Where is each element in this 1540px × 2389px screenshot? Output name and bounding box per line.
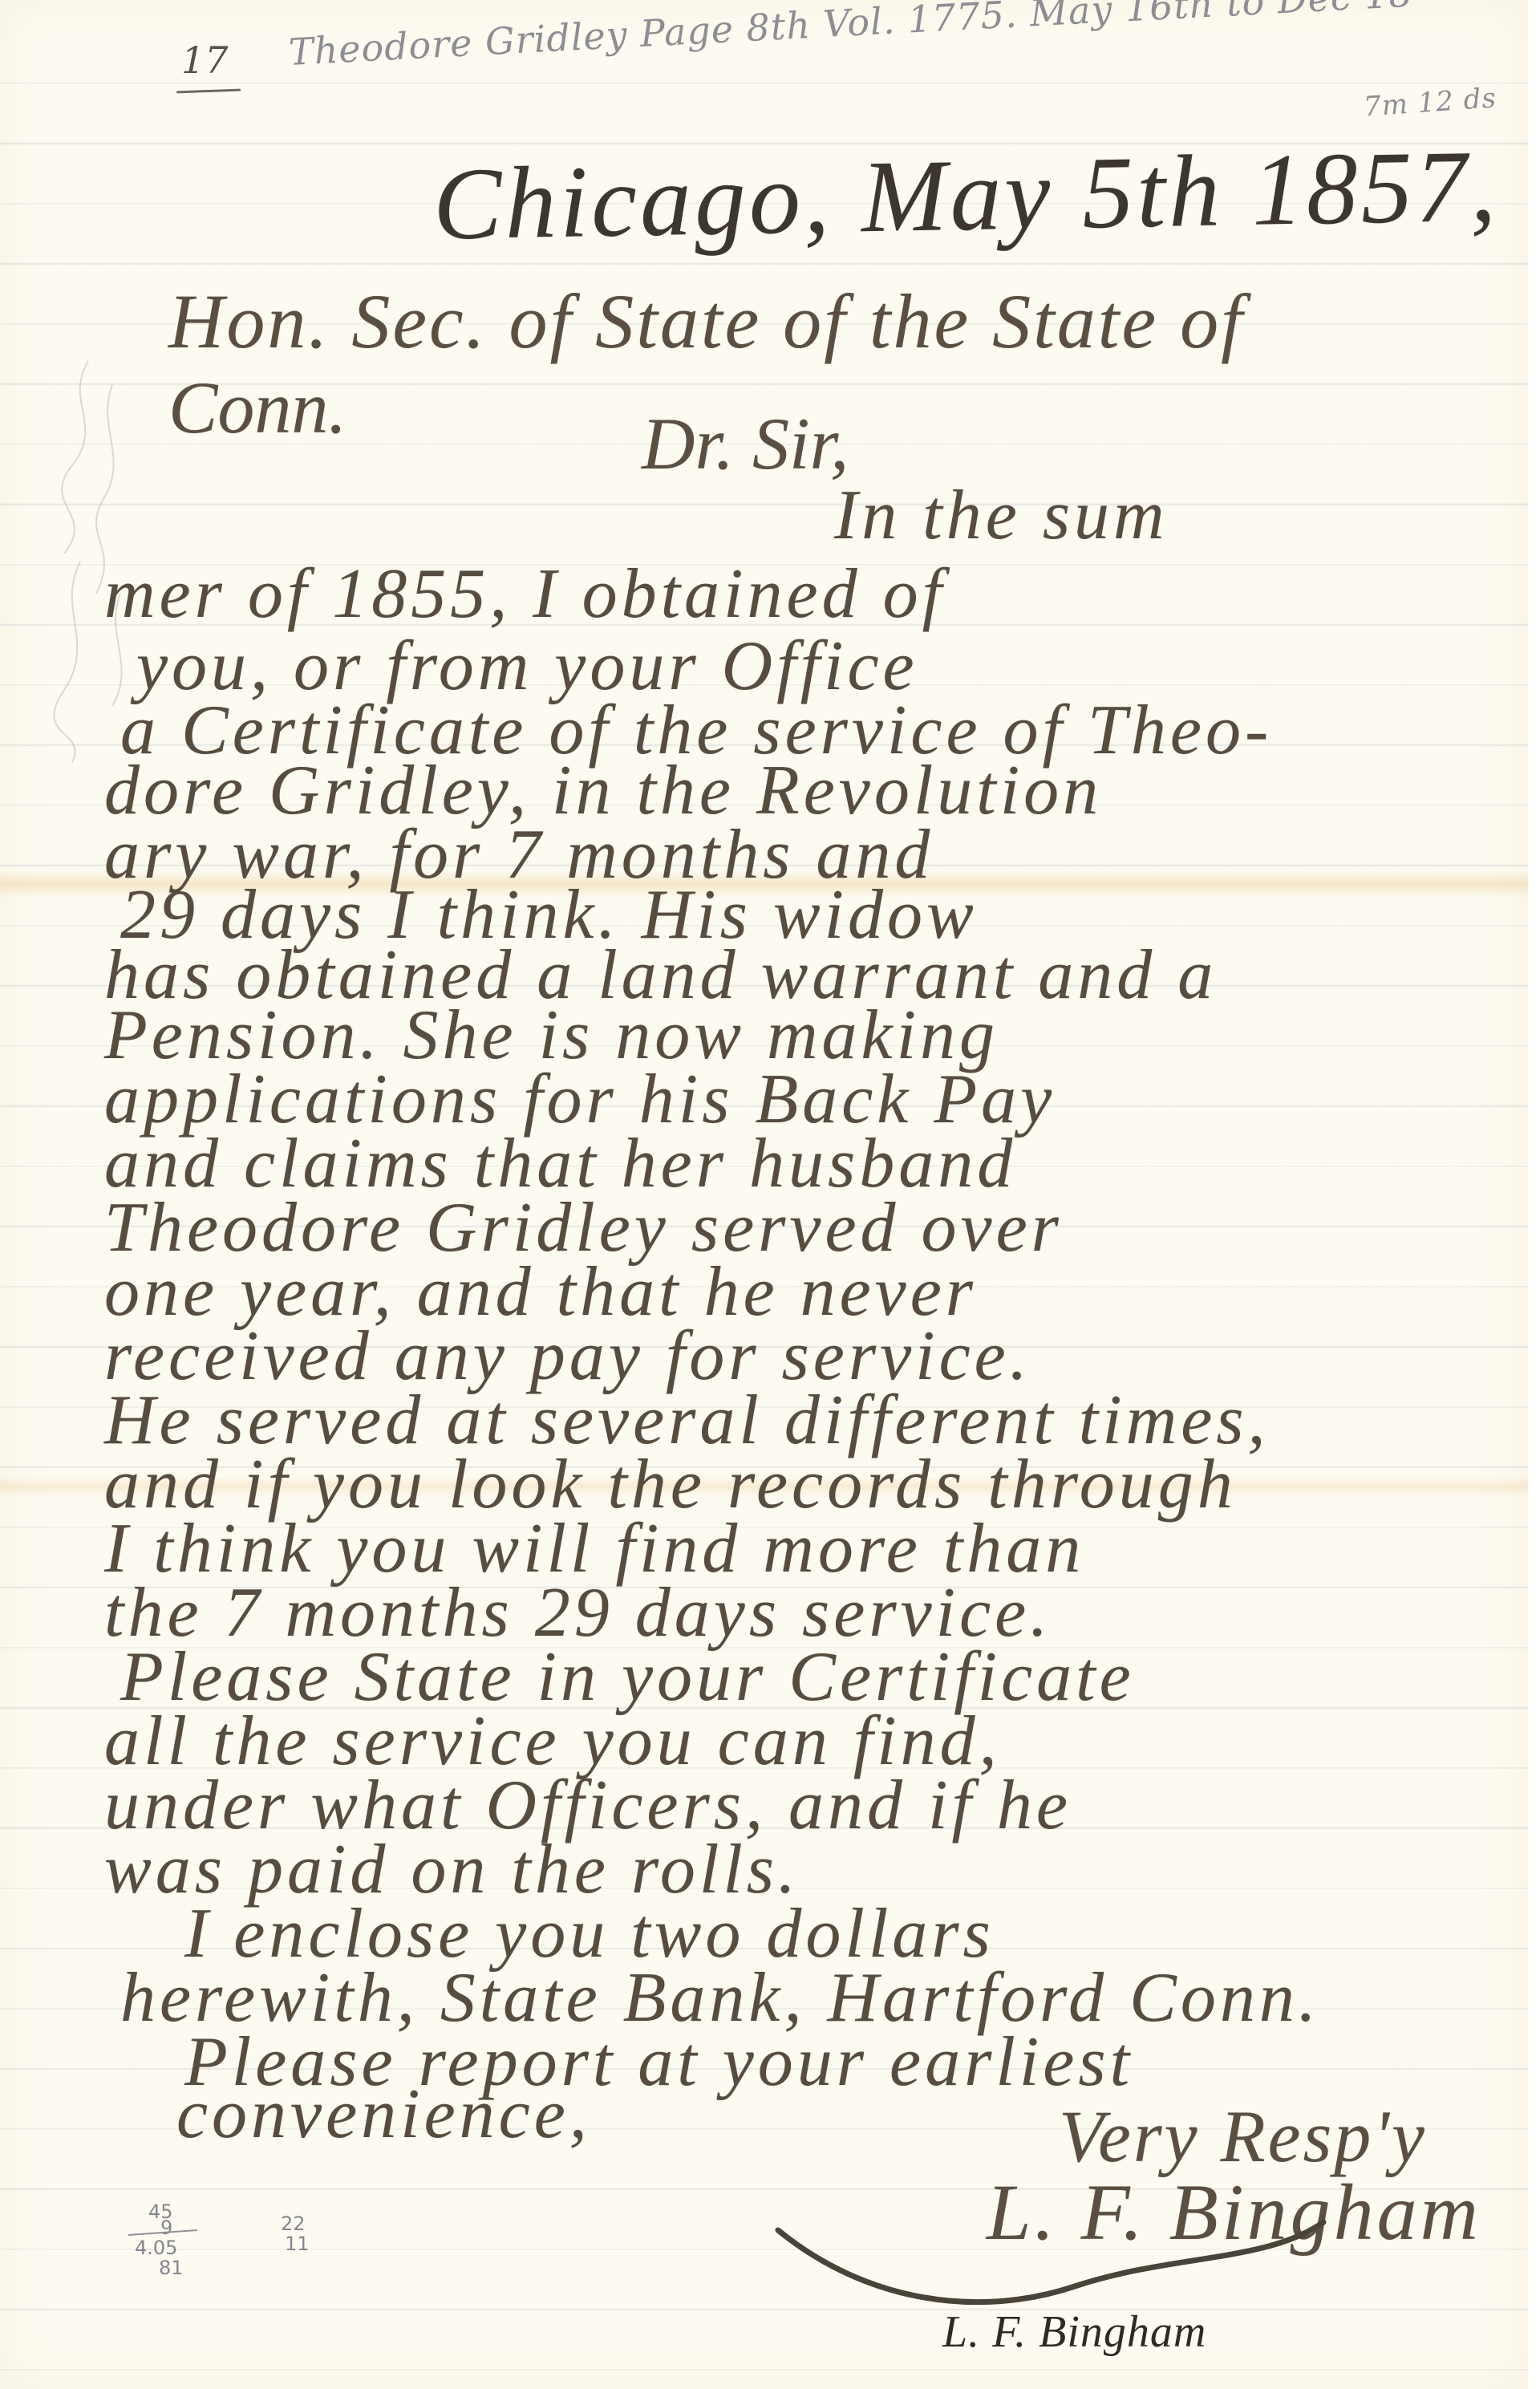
letter-page: 17 Theodore Gridley Page 8th Vol. 1775. … — [0, 0, 1528, 2389]
body-line: convenience, — [176, 2074, 591, 2155]
letter-place-date: Chicago, May 5th 1857, — [432, 127, 1500, 263]
archive-annotation: Theodore Gridley Page 8th Vol. 1775. May… — [288, 0, 1414, 74]
calc-value: 22 — [281, 2214, 306, 2233]
addressee-line-1: Hon. Sec. of State of the State of — [168, 277, 1245, 366]
calc-value: 81 — [159, 2258, 184, 2277]
body-line: In the sum — [834, 475, 1169, 556]
page-number: 17 — [181, 39, 229, 82]
calc-value: 4.05 — [135, 2238, 177, 2257]
salutation: Dr. Sir, — [642, 401, 849, 486]
addressee-line-2: Conn. — [168, 365, 346, 450]
page-number-underline — [176, 89, 241, 94]
archive-annotation-secondary: 7m 12 ds — [1363, 82, 1497, 123]
calc-value: 9 — [160, 2218, 172, 2237]
printed-name: L. F. Bingham — [942, 2306, 1206, 2358]
body-line: mer of 1855, I obtained of — [104, 554, 946, 635]
calc-value: 11 — [285, 2234, 310, 2253]
